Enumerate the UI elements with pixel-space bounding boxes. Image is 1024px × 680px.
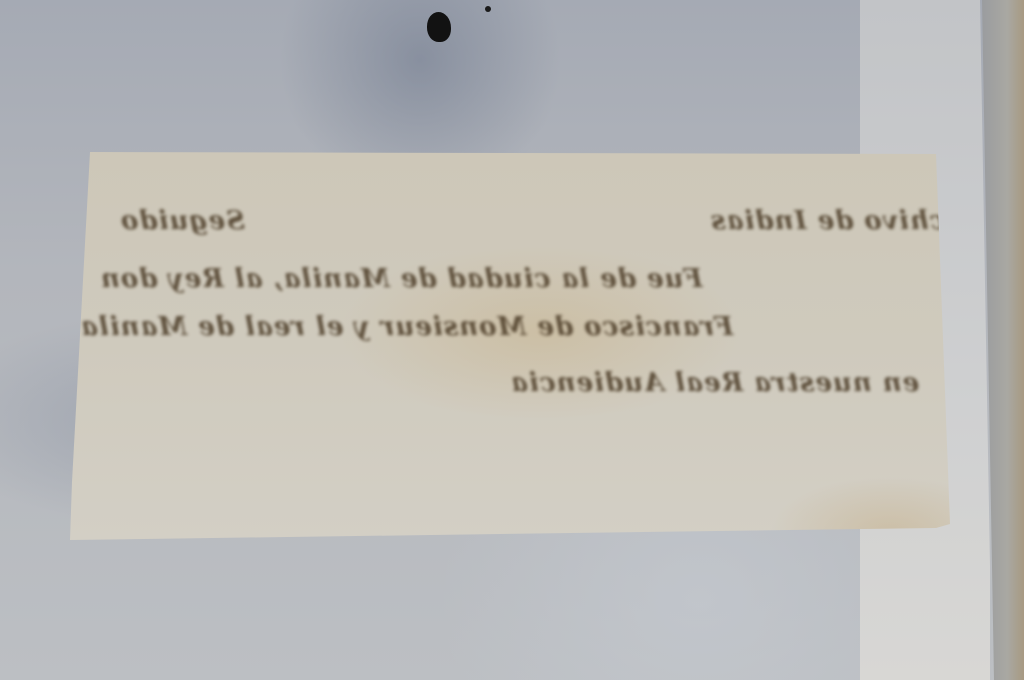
ink-blot [427, 12, 451, 42]
handwritten-line-4: en nuestra Real Audiencia [510, 368, 919, 398]
handwritten-line-1b: Seguido [120, 206, 245, 236]
handwritten-line-2: Fue de la ciudad de Manila, al Rey don [100, 264, 702, 294]
handwritten-line-3: Francisco de Monsieur y el real de Manil… [80, 312, 733, 342]
document-slip: Archivo de Indias Seguido Fue de la ciud… [70, 152, 950, 540]
ink-dot [485, 6, 491, 12]
